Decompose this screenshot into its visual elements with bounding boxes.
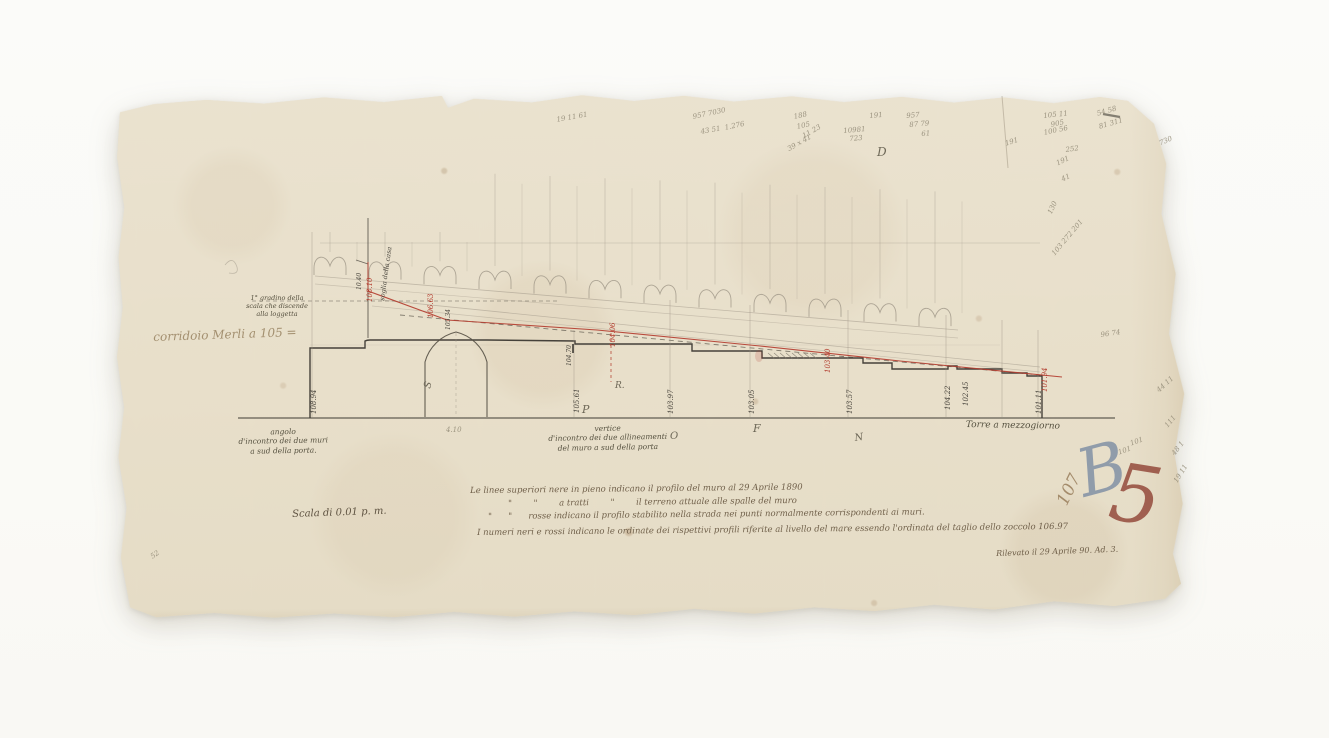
step-note-line3: alla loggetta (244, 310, 310, 318)
aged-paper-sheet (112, 82, 1192, 624)
vertex-note: vertice d'incontro dei due allineamenti … (540, 423, 675, 453)
angle-note: angolo d'incontro dei due muri a sud del… (233, 426, 333, 456)
step-note: 1° gradino della scala che discende alla… (244, 294, 310, 318)
angle-note-line3: a sud della porta. (233, 445, 333, 456)
tower-note: Torre a mezzogiorno (966, 420, 1060, 433)
step-note-line1: 1° gradino della (244, 294, 310, 302)
angle-note-line2: d'incontro dei due muri (233, 436, 333, 447)
step-note-line2: scala che discende (244, 302, 310, 310)
paper-sheet-wrap (112, 82, 1192, 624)
scanned-drawing-scan: 108.9410.40108.10106.63105.34104.70105.6… (0, 0, 1329, 738)
